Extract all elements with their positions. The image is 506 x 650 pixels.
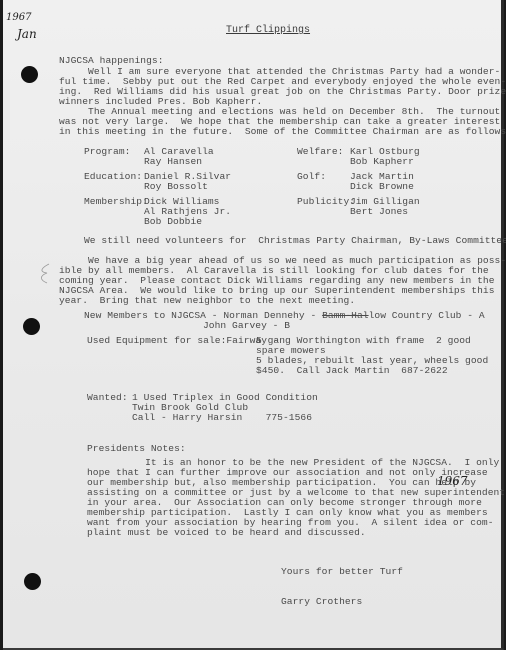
struck-text: Bamm-Hal bbox=[322, 310, 368, 321]
committee-name: Roy Bossolt bbox=[144, 182, 208, 192]
punch-hole-top bbox=[21, 66, 38, 83]
document-page: 1967 Jan Turf Clippings NJGCSA happening… bbox=[3, 0, 504, 650]
page-title: Turf Clippings bbox=[226, 25, 310, 36]
used-equipment-label: Used Equipment for sale:Fairway - bbox=[87, 336, 284, 346]
committee-label: Education: bbox=[84, 172, 142, 182]
volunteers-line: We still need volunteers for Christmas P… bbox=[84, 236, 506, 246]
handwritten-month: Jan bbox=[17, 27, 37, 41]
equipment-line: $450. Call Jack Martin 687-2622 bbox=[256, 366, 448, 376]
section-heading: NJGCSA happenings: bbox=[59, 56, 164, 66]
committee-label: Membership: bbox=[84, 197, 148, 207]
committee-name: Bert Jones bbox=[350, 207, 408, 217]
pencil-scribble-mark bbox=[35, 262, 57, 284]
paragraph-line: in this meeting in the future. Some of t… bbox=[59, 127, 506, 137]
handwritten-year: 1967 bbox=[6, 12, 31, 23]
committee-name: Ray Hansen bbox=[144, 157, 202, 167]
paragraph-line: plaint must be voiced to be heard and di… bbox=[87, 528, 366, 538]
committee-label: Welfare: bbox=[297, 147, 343, 157]
handwritten-year-margin: 1967 bbox=[437, 474, 468, 488]
closing-salutation: Yours for better Turf bbox=[281, 567, 403, 577]
committee-name: Bob Dobbie bbox=[144, 217, 202, 227]
committee-label: Publicity: bbox=[297, 197, 355, 207]
signature: Garry Crothers bbox=[281, 597, 362, 607]
new-members-suffix: low Country Club - A bbox=[369, 310, 485, 321]
committee-name: Bob Kapherr bbox=[350, 157, 414, 167]
paragraph-line: year. Bring that new neighbor to the nex… bbox=[59, 296, 355, 306]
new-members-line-2: John Garvey - B bbox=[203, 321, 290, 331]
committee-label: Golf: bbox=[297, 172, 326, 182]
wanted-label: Wanted: bbox=[87, 393, 128, 403]
committee-label: Program: bbox=[84, 147, 130, 157]
punch-hole-middle bbox=[23, 318, 40, 335]
section-heading: Presidents Notes: bbox=[87, 444, 186, 454]
wanted-line: Call - Harry Harsin 775-1566 bbox=[132, 413, 312, 423]
committee-name: Dick Browne bbox=[350, 182, 414, 192]
punch-hole-bottom bbox=[24, 573, 41, 590]
